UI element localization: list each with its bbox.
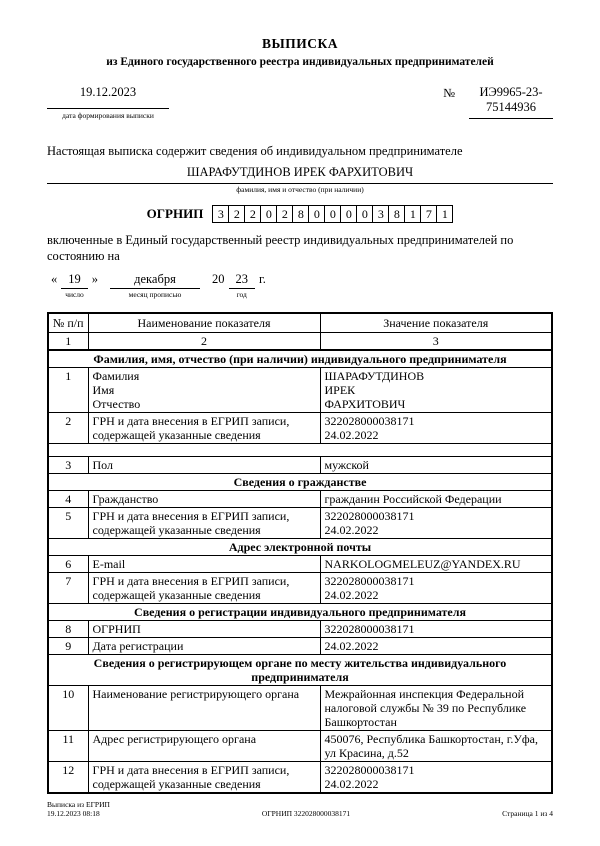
extract-date-block: 19.12.2023 дата формирования выписки [47,85,169,120]
ogrnip-digit-box: 0 [356,205,373,223]
ogrnip-label: ОГРНИП [147,206,204,222]
indicator-name-cell: Гражданство [88,490,320,507]
header-row: № п/п Наименование показателя Значение п… [48,313,552,333]
quote-close: » [88,272,102,288]
year-segment: 23 год [229,272,256,299]
indicator-value-cell: ШАРАФУТДИНОВ ИРЕК ФАРХИТОВИЧ [320,367,552,412]
table-row: 11Адрес регистрирующего органа450076, Ре… [48,731,552,762]
header-cell-number: № п/п [48,313,88,333]
indicator-value-cell: NARKOLOGMELEUZ@YANDEX.RU [320,555,552,572]
quote-open: « [47,272,61,288]
column-number-1: 1 [48,332,88,350]
table-row: 8ОГРНИП322028000038171 [48,621,552,638]
section-row: Фамилия, имя, отчество (при наличии) инд… [48,350,552,368]
month-value: декабря [110,272,200,289]
ogrnip-digit-box: 0 [340,205,357,223]
number-sign: № [443,85,455,101]
section-row: Адрес электронной почты [48,538,552,555]
page-footer: Выписка из ЕГРИП 19.12.2023 08:18 ОГРНИП… [47,800,553,820]
year-value: 23 [229,272,256,289]
ogrnip-digit-box: 2 [244,205,261,223]
month-label: месяц прописью [110,290,200,299]
indicator-name-cell: ОГРНИП [88,621,320,638]
indicator-name-cell: ГРН и дата внесения в ЕГРИП записи, соде… [88,762,320,794]
indicator-value-cell: 450076, Республика Башкортостан, г.Уфа, … [320,731,552,762]
indicator-name-cell: Дата регистрации [88,638,320,655]
table-row: 10Наименование регистрирующего органаМеж… [48,686,552,731]
day-value: 19 [61,272,88,289]
day-segment: 19 число [61,272,88,299]
footer-doc-type: Выписка из ЕГРИП [47,800,110,810]
section-row: Сведения о регистрирующем органе по мест… [48,655,552,686]
person-name-block: ШАРАФУТДИНОВ ИРЕК ФАРХИТОВИЧ фамилия, им… [47,165,553,194]
row-number-cell: 6 [48,555,88,572]
table-row: 9Дата регистрации24.02.2022 [48,638,552,655]
ogrnip-digit-box: 1 [436,205,453,223]
reference-row: 19.12.2023 дата формирования выписки № И… [47,85,553,120]
ogrnip-digit-box: 3 [212,205,229,223]
indicator-name-cell: Наименование регистрирующего органа [88,686,320,731]
row-number-cell: 11 [48,731,88,762]
spacer-cell [48,443,552,456]
row-number-cell: 8 [48,621,88,638]
indicator-name-cell: ГРН и дата внесения в ЕГРИП записи, соде… [88,412,320,443]
person-name: ШАРАФУТДИНОВ ИРЕК ФАРХИТОВИЧ [47,165,553,184]
century-value: 20 [208,272,229,288]
year-suffix: г. [255,272,270,288]
footer-datetime: 19.12.2023 08:18 [47,809,110,819]
header-cell-value: Значение показателя [320,313,552,333]
indicator-name-cell: Адрес регистрирующего органа [88,731,320,762]
section-title: Адрес электронной почты [48,538,552,555]
ogrnip-digit-box: 2 [276,205,293,223]
registry-table-head: № п/п Наименование показателя Значение п… [48,313,552,350]
indicator-value-cell: Межрайонная инспекция Федеральной налого… [320,686,552,731]
indicator-value-cell: 322028000038171 24.02.2022 [320,412,552,443]
table-row: 2ГРН и дата внесения в ЕГРИП записи, сод… [48,412,552,443]
ogrnip-digits: 322028000038171 [212,205,453,223]
header-cell-indicator: Наименование показателя [88,313,320,333]
column-number-3: 3 [320,332,552,350]
extract-number: ИЭ9965-23-75144936 [469,85,553,119]
ogrnip-digit-box: 1 [404,205,421,223]
document-page: ВЫПИСКА из Единого государственного реес… [0,0,600,846]
spacer-row [48,443,552,456]
ogrnip-digit-box: 2 [228,205,245,223]
indicator-name-cell: ГРН и дата внесения в ЕГРИП записи, соде… [88,507,320,538]
row-number-cell: 1 [48,367,88,412]
indicator-name-cell: E-mail [88,555,320,572]
indicator-name-cell: ГРН и дата внесения в ЕГРИП записи, соде… [88,572,320,603]
indicator-value-cell: мужской [320,456,552,473]
table-row: 4Гражданствогражданин Российской Федерац… [48,490,552,507]
month-segment: декабря месяц прописью [110,272,200,299]
indicator-value-cell: 322028000038171 [320,621,552,638]
ogrnip-digit-box: 7 [420,205,437,223]
indicator-name-cell: Фамилия Имя Отчество [88,367,320,412]
ogrnip-digit-box: 0 [308,205,325,223]
section-title: Фамилия, имя, отчество (при наличии) инд… [48,350,552,368]
indicator-value-cell: 322028000038171 24.02.2022 [320,572,552,603]
row-number-cell: 5 [48,507,88,538]
section-title: Сведения о регистрирующем органе по мест… [48,655,552,686]
section-row: Сведения о гражданстве [48,473,552,490]
row-number-cell: 2 [48,412,88,443]
row-number-cell: 7 [48,572,88,603]
table-row: 5ГРН и дата внесения в ЕГРИП записи, сод… [48,507,552,538]
year-label: год [229,290,256,299]
footer-left: Выписка из ЕГРИП 19.12.2023 08:18 [47,800,110,820]
footer-ogrnip: ОГРНИП 322028000038171 [262,809,350,819]
document-content: ВЫПИСКА из Единого государственного реес… [0,0,600,794]
ogrnip-digit-box: 0 [260,205,277,223]
row-number-cell: 9 [48,638,88,655]
footer-page-number: Страница 1 из 4 [502,809,553,819]
day-label: число [61,290,88,299]
table-row: 3Полмужской [48,456,552,473]
indicator-value-cell: 322028000038171 24.02.2022 [320,507,552,538]
row-number-cell: 3 [48,456,88,473]
person-name-label: фамилия, имя и отчество (при наличии) [47,185,553,194]
indicator-value-cell: 24.02.2022 [320,638,552,655]
column-number-2: 2 [88,332,320,350]
row-number-cell: 4 [48,490,88,507]
registry-table-body: Фамилия, имя, отчество (при наличии) инд… [48,350,552,794]
row-number-cell: 10 [48,686,88,731]
table-row: 1Фамилия Имя ОтчествоШАРАФУТДИНОВ ИРЕК Ф… [48,367,552,412]
table-row: 7ГРН и дата внесения в ЕГРИП записи, сод… [48,572,552,603]
table-row: 6E-mailNARKOLOGMELEUZ@YANDEX.RU [48,555,552,572]
ogrnip-digit-box: 0 [324,205,341,223]
included-text: включенные в Единый государственный реес… [47,232,553,265]
as-of-date-line: « 19 число » декабря месяц прописью 20 2… [47,272,553,299]
ogrnip-digit-box: 3 [372,205,389,223]
indicator-value-cell: 322028000038171 24.02.2022 [320,762,552,794]
intro-text: Настоящая выписка содержит сведения об и… [47,144,553,159]
column-numbers-row: 1 2 3 [48,332,552,350]
indicator-name-cell: Пол [88,456,320,473]
ogrnip-row: ОГРНИП 322028000038171 [47,205,553,223]
page-title: ВЫПИСКА [47,36,553,52]
ogrnip-digit-box: 8 [388,205,405,223]
section-title: Сведения о регистрации индивидуального п… [48,604,552,621]
section-title: Сведения о гражданстве [48,473,552,490]
registry-table: № п/п Наименование показателя Значение п… [47,312,553,795]
row-number-cell: 12 [48,762,88,794]
extract-number-block: № ИЭ9965-23-75144936 [443,85,553,120]
ogrnip-digit-box: 8 [292,205,309,223]
extract-date-label: дата формирования выписки [47,111,169,120]
indicator-value-cell: гражданин Российской Федерации [320,490,552,507]
section-row: Сведения о регистрации индивидуального п… [48,604,552,621]
table-row: 12ГРН и дата внесения в ЕГРИП записи, со… [48,762,552,794]
page-subtitle: из Единого государственного реестра инди… [47,56,553,68]
extract-date: 19.12.2023 [47,85,169,109]
